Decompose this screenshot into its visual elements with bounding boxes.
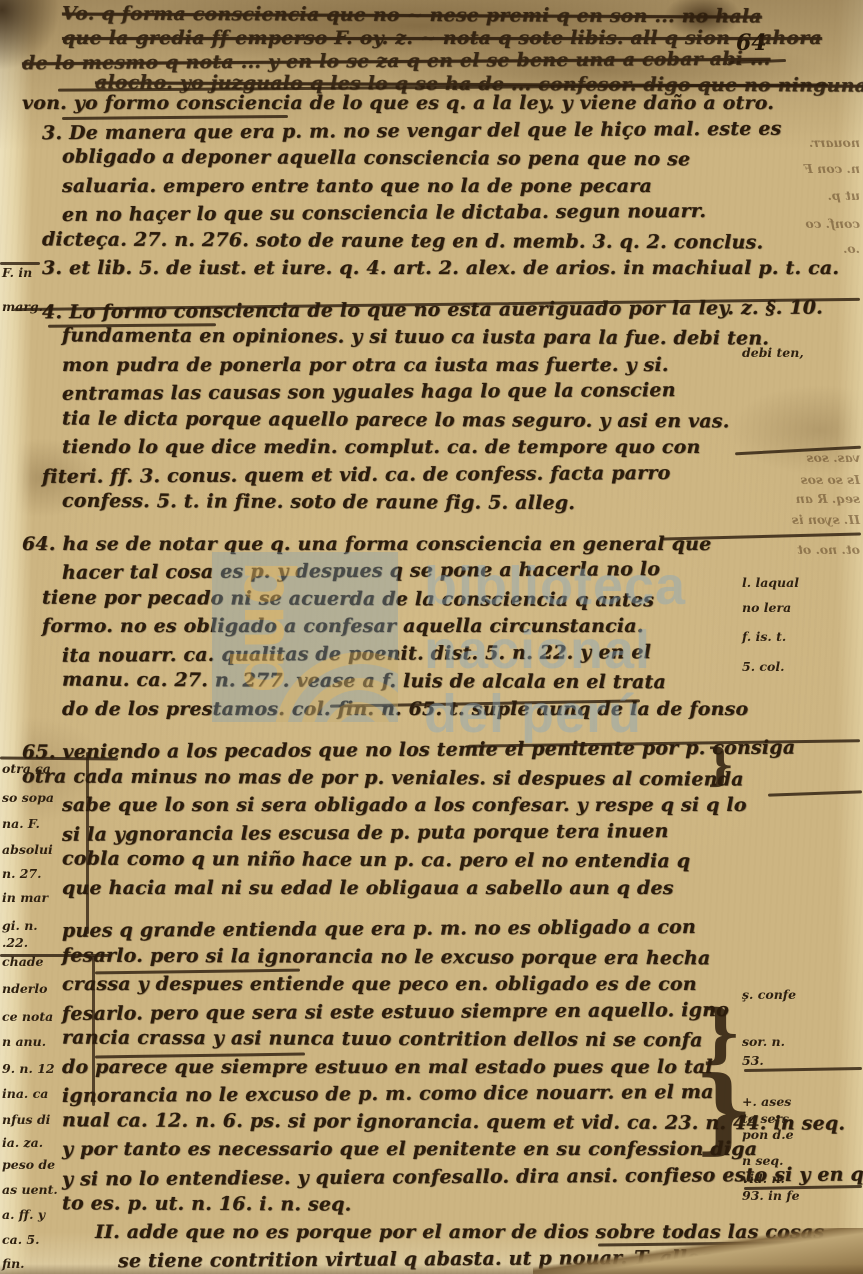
right-margin-note: +. ases [742, 1094, 860, 1109]
text-line: si la ygnorancia les escusa de p. puta p… [62, 820, 669, 846]
text-line: dicteça. 27. n. 276. soto de raune teg e… [42, 228, 763, 253]
bleed-through-note: conf. co [742, 216, 860, 231]
bleed-through-note: ut p. [742, 188, 860, 203]
text-line: tiendo lo que dice medin. complut. ca. d… [62, 436, 701, 458]
left-margin-note: peso de [2, 1157, 84, 1172]
text-line: fesarlo. pero si la ignorancia no le exc… [62, 944, 711, 969]
right-margin-note: debi ten, [742, 345, 860, 360]
text-line: sabe que lo son si sera obligado a los c… [62, 794, 747, 816]
text-line: do parece que siempre estuuo en mal esta… [62, 1056, 713, 1078]
text-line: obligado a deponer aquella consciencia s… [62, 146, 690, 171]
text-line: que hacia mal ni su edad le obligaua a s… [62, 877, 674, 899]
left-margin-note: F. in [2, 265, 84, 280]
text-line: ignorancia no le excuso de p. m. como di… [62, 1081, 714, 1107]
right-margin-note: ş. confe [742, 987, 860, 1002]
right-margin-note: f. is. t. [742, 629, 860, 644]
right-margin-note: pon d.e [742, 1127, 860, 1142]
left-margin-note: na. F. [2, 816, 84, 831]
bleed-through-note: seq. R an [742, 491, 860, 506]
text-line: saluaria. empero entre tanto que no la d… [62, 175, 652, 197]
text-line: 64. ha se de notar que q. una forma cons… [22, 533, 711, 555]
right-margin-note: l. laqual [742, 575, 860, 590]
text-line: crassa y despues entiende que peco en. o… [62, 973, 697, 995]
left-margin-note: n. 27. [2, 866, 84, 881]
struck-text-line: que la gredia ff emperso F. oy. z. ~ not… [62, 27, 822, 49]
right-margin-note: 93. in fe [742, 1188, 860, 1203]
left-margin-note: ia. za. [2, 1135, 84, 1150]
text-line: nual ca. 12. n. 6. ps. si por ignorancia… [62, 1109, 845, 1134]
bleed-through-note: n. con F [742, 161, 860, 176]
text-line: 4. Lo formo consciencia de lo que no est… [42, 296, 823, 323]
left-margin-note: n anu. [2, 1034, 84, 1049]
left-margin-note: gi. n. [2, 918, 84, 933]
text-line: hacer tal cosa es p. y despues q se pone… [62, 558, 660, 584]
ink-rule [0, 262, 40, 265]
text-line: otra cada minus no mas de por p. veniale… [22, 765, 744, 790]
text-line: do de los prestamos. col. fin. n. 65. t.… [62, 698, 748, 720]
right-margin-note: sor. n. [742, 1034, 860, 1049]
left-margin-note: nfus di [2, 1112, 84, 1127]
text-line: 3. De manera que era p. m. no se vengar … [42, 117, 782, 144]
left-margin-note: ce nota [2, 1009, 84, 1024]
left-margin-note: nderlo [2, 981, 84, 996]
right-margin-note: no lera [742, 600, 860, 615]
right-margin-note: vid. n. [742, 1171, 860, 1186]
right-margin-note: 53. [742, 1053, 860, 1068]
right-margin-note: 5. col. [742, 659, 860, 674]
left-margin-note: chade [2, 954, 84, 969]
left-margin-note: a. ff. y [2, 1207, 84, 1222]
text-line: entramas las causas son yguales haga lo … [62, 379, 676, 405]
text-line: ita nouarr. ca. qualitas de poenit. dist… [62, 641, 651, 667]
bleed-through-note: Is so sos [742, 472, 860, 487]
left-margin-note: 9. n. 12 [2, 1061, 84, 1076]
bleed-through-note: ot. no. ot [742, 542, 860, 557]
text-line: mon pudra de ponerla por otra ca iusta m… [62, 354, 669, 376]
struck-text-line: Vo. q forma consciencia que no ~ nese pr… [62, 2, 762, 27]
struck-text-line: de lo mesmo q nota ... y en lo se za q e… [22, 48, 770, 75]
text-line: confess. 5. t. in fine. soto de raune fi… [62, 490, 575, 514]
text-line: 65. veniendo a los pecados que no los te… [22, 737, 795, 764]
left-margin-note: marg. [2, 299, 84, 314]
text-line: cobla como q un niño hace un p. ca. pero… [62, 848, 690, 873]
text-line: tiene por pecado ni se acuerda de la con… [42, 586, 654, 611]
text-line: en no haçer lo que su consciencia le dic… [62, 200, 706, 226]
text-line: fesarlo. pero que sera si este estuuo si… [62, 998, 729, 1024]
left-margin-note: in mar [2, 890, 84, 905]
manuscript-page: } } } 64 Vo. q forma consciencia que no … [0, 0, 863, 1274]
left-margin-note: as uent. [2, 1182, 84, 1197]
bottom-shadow-edge [0, 1264, 863, 1274]
left-margin-note: ina. ca [2, 1086, 84, 1101]
bleed-through-note: II. syon is [742, 512, 860, 527]
text-line: von. yo formo consciencia de lo que es q… [22, 92, 774, 114]
left-margin-note: .22. [2, 935, 84, 950]
text-line: to es. p. ut. n. 16. i. n. seq. [62, 1192, 352, 1215]
right-margin-note: n seq. [742, 1153, 860, 1168]
text-line: rancia crassa y asi nunca tuuo contritio… [62, 1027, 703, 1052]
text-line: pues q grande entienda que era p. m. no … [62, 916, 696, 942]
left-margin-note: so sopa [2, 790, 84, 805]
text-line: tia le dicta porque aquello parece lo ma… [62, 407, 730, 432]
right-margin-note: to sers [742, 1111, 860, 1126]
bleed-through-note: nouarr. [742, 135, 860, 150]
text-line: 3. et lib. 5. de iust. et iure. q. 4. ar… [42, 257, 839, 279]
text-line: fundamenta en opiniones. y si tuuo ca iu… [62, 324, 769, 349]
left-margin-note: otra ca [2, 761, 84, 776]
text-line: fiteri. ff. 3. conus. quem et vid. ca. d… [42, 462, 671, 488]
text-line: y por tanto es necessario que el peniten… [62, 1138, 757, 1160]
bleed-through-note: .o. [742, 241, 860, 256]
bleed-through-note: vas. sos [742, 450, 860, 465]
text-line: manu. ca. 27. n. 277. vease a f. luis de… [62, 669, 666, 694]
left-margin-note: absolui [2, 842, 84, 857]
left-margin-note: ca. 5. [2, 1232, 84, 1247]
text-line: formo. no es obligado a confesar aquella… [42, 615, 644, 637]
